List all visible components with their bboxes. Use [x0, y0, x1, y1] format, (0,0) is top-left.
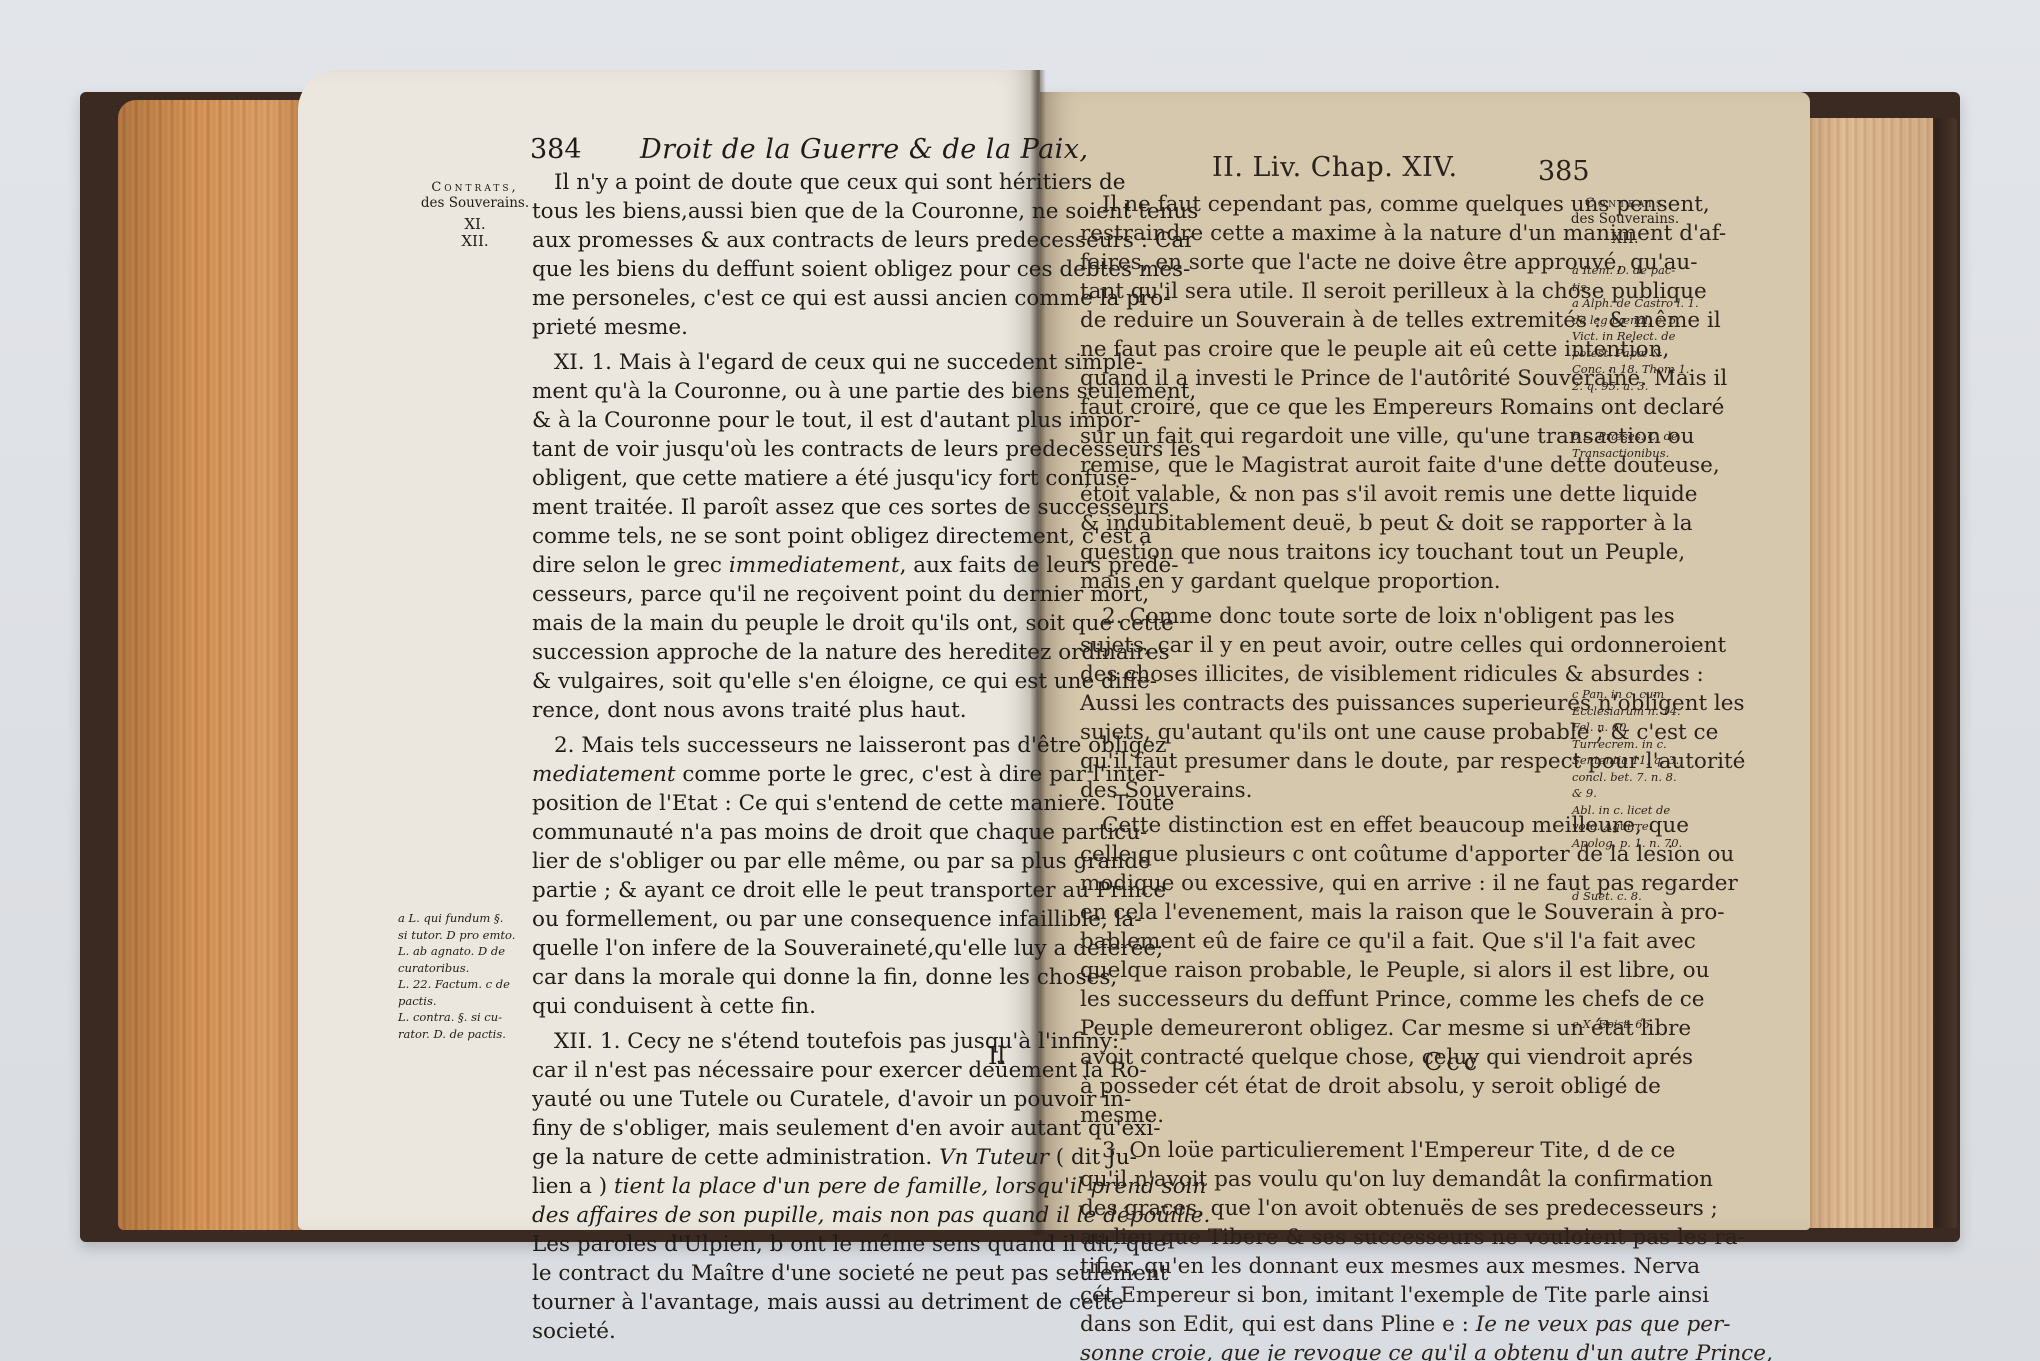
margin-note-line: rator. D. de pactis.	[398, 1026, 524, 1043]
text-line: au lieu que Tibere & ses successeurs ne …	[1080, 1223, 1568, 1252]
margin-note-line: & 9.	[1572, 785, 1712, 802]
margin-note-line: si tutor. D pro emto.	[398, 927, 524, 944]
right-margin-note-d: d Suet. c. 8.	[1572, 888, 1712, 905]
right-page-body: Il ne faut cependant pas, comme quelques…	[1080, 190, 1568, 1361]
text-line: yauté ou une Tutele ou Curatele, d'avoir…	[532, 1085, 1012, 1114]
text-line: communauté n'a pas moins de droit que ch…	[532, 818, 1012, 847]
text-line: obligent, que cette matiere a été jusqu'…	[532, 464, 1012, 493]
text-line: & vulgaires, soit qu'elle s'en éloigne, …	[532, 667, 1012, 696]
text-line: qui conduisent à cette fin.	[532, 992, 1012, 1021]
text-line: qu'il faut presumer dans le doute, par r…	[1080, 747, 1568, 776]
text-line: quand il a investi le Prince de l'autôri…	[1080, 364, 1568, 393]
text-line: comme tels, ne se sont point obligez dir…	[532, 522, 1012, 551]
text-line: lien a ) tient la place d'un pere de fam…	[532, 1172, 1012, 1201]
text-line: ment qu'à la Couronne, ou à une partie d…	[532, 377, 1012, 406]
margin-note-line: concl. bet. 7. n. 8.	[1572, 769, 1712, 786]
margin-note-line: Sententia 11, q. 3.	[1572, 752, 1712, 769]
text-line: me personeles, c'est ce qui est aussi an…	[532, 284, 1012, 313]
text-line: rence, dont nous avons traité plus haut.	[532, 696, 1012, 725]
text-line: Il n'y a point de doute que ceux qui son…	[532, 168, 1012, 197]
text-line: de reduire un Souverain à de telles extr…	[1080, 306, 1568, 335]
signature-mark: Ccc	[1424, 1048, 1481, 1076]
text-line: tant de voir jusqu'où les contracts de l…	[532, 435, 1012, 464]
margin-note-line: Transactionibus.	[1572, 445, 1712, 462]
margin-note-line: e X. Epist. 66.	[1572, 1016, 1712, 1033]
margin-note-line: potest. Papæ &	[1572, 345, 1712, 362]
margin-note-line: L. ab agnato. D de	[398, 943, 524, 960]
margin-note-line: voto. Aguirre.	[1572, 818, 1712, 835]
margin-note-line: Conc. n 18. Thom 1.	[1572, 361, 1712, 378]
text-line: tous les biens,aussi bien que de la Cour…	[532, 197, 1012, 226]
margin-note-line: L. 22. Factum. c de	[398, 976, 524, 993]
text-line: 2. Mais tels successeurs ne laisseront p…	[532, 731, 1012, 760]
text-line: étoit valable, & non pas s'il avoit remi…	[1080, 480, 1568, 509]
text-line: position de l'Etat : Ce qui s'entend de …	[532, 789, 1012, 818]
text-line: faut croire, que ce que les Empereurs Ro…	[1080, 393, 1568, 422]
text-line: tourner à l'avantage, mais aussi au detr…	[532, 1288, 1012, 1317]
text-line: mais de la main du peuple le droit qu'il…	[532, 609, 1012, 638]
text-line: sur un fait qui regardoit une ville, qu'…	[1080, 422, 1568, 451]
italic-emphasis: mediatement	[532, 762, 676, 787]
italic-emphasis: immediatement	[729, 553, 900, 578]
text-line: quelque raison probable, le Peuple, si a…	[1080, 956, 1568, 985]
text-line: sonne croie, que je revoque ce qu'il a o…	[1080, 1339, 1568, 1361]
text-line: modique ou excessive, qui en arrive : il…	[1080, 869, 1568, 898]
text-line: car dans la morale qui donne la fin, don…	[532, 963, 1012, 992]
text-line: mediatement comme porte le grec, c'est à…	[532, 760, 1012, 789]
right-margin-note-b: b L. Præses. C. deTransactionibus.	[1572, 428, 1712, 461]
text-line: aux promesses & aux contracts de leurs p…	[532, 226, 1012, 255]
text-line: XI. 1. Mais à l'egard de ceux qui ne suc…	[532, 348, 1012, 377]
margin-note-line: Ecclesiarum n. 14.	[1572, 703, 1712, 720]
text-line: faires, en sorte que l'acte ne doive êtr…	[1080, 248, 1568, 277]
text-line: ne faut pas croire que le peuple ait eû …	[1080, 335, 1568, 364]
left-running-head: Droit de la Guerre & de la Paix,	[640, 134, 1089, 165]
text-line: remise, que le Magistrat auroit faite d'…	[1080, 451, 1568, 480]
margin-note-line: Fel. n. 60.	[1572, 719, 1712, 736]
margin-note-line: a Item. D. de pac-	[1572, 262, 1712, 279]
margin-note-line: Abl. in c. licet de	[1572, 802, 1712, 819]
text-line: 3. On loüe particulierement l'Empereur T…	[1080, 1136, 1568, 1165]
text-line: qu'il n'avoit pas voulu qu'on luy demand…	[1080, 1165, 1568, 1194]
text-line: bablement eû de faire ce qu'il a fait. Q…	[1080, 927, 1568, 956]
text-line: des choses illicites, de visiblement rid…	[1080, 660, 1568, 689]
italic-emphasis: Ie ne veux pas que per-	[1476, 1312, 1731, 1337]
margin-note-line: tis.	[1572, 279, 1712, 296]
text-line: tant qu'il sera utile. Il seroit perille…	[1080, 277, 1568, 306]
text-line: dire selon le grec immediatement, aux fa…	[532, 551, 1012, 580]
text-line: car il n'est pas nécessaire pour exercer…	[532, 1056, 1012, 1085]
margin-note-line: curatoribus.	[398, 960, 524, 977]
left-side-heading: Contrats, des Souverains. XI. XII.	[420, 180, 530, 250]
text-line: ment traitée. Il paroît assez que ces so…	[532, 493, 1012, 522]
margin-note-line: pactis.	[398, 993, 524, 1010]
text-line: des Souverains.	[1080, 776, 1568, 805]
text-line: Cette distinction est en effet beaucoup …	[1080, 811, 1568, 840]
text-line: succession approche de la nature des her…	[532, 638, 1012, 667]
right-margin-note-e: e X. Epist. 66.	[1572, 1016, 1712, 1033]
margin-note-line: a Alph. de Castro l. 1.	[1572, 295, 1712, 312]
book-cover-right-board	[1935, 118, 1957, 1228]
text-line: en cela l'evenement, mais la raison que …	[1080, 898, 1568, 927]
text-line: finy de s'obliger, mais seulement d'en a…	[532, 1114, 1012, 1143]
text-line: le contract du Maître d'une societé ne p…	[532, 1259, 1012, 1288]
margin-note-line: Vict. in Relect. de	[1572, 328, 1712, 345]
margin-note-line: a L. qui fundum §.	[398, 910, 524, 927]
catchword: Il	[988, 1042, 1005, 1070]
left-page-number: 384	[530, 134, 582, 165]
text-line: que les biens du deffunt soient obligez …	[532, 255, 1012, 284]
text-line: sujets, car il y en peut avoir, outre ce…	[1080, 631, 1568, 660]
side-heading-contrats: Contrats,	[420, 180, 530, 195]
margin-note-line: d Suet. c. 8.	[1572, 888, 1712, 905]
text-line: restraindre cette a maxime à la nature d…	[1080, 219, 1568, 248]
left-page-body: Il n'y a point de doute que ceux qui son…	[532, 168, 1012, 1346]
text-line: ou formellement, ou par une consequence …	[532, 905, 1012, 934]
text-line: mais en y gardant quelque proportion.	[1080, 567, 1568, 596]
left-margin-notes: a L. qui fundum §.si tutor. D pro emto.L…	[398, 910, 524, 1042]
margin-note-line: Turrecrem. in c.	[1572, 736, 1712, 753]
right-running-head: II. Liv. Chap. XIV.	[1212, 152, 1458, 183]
text-line: avoit contracté quelque chose, celuy qui…	[1080, 1043, 1568, 1072]
italic-emphasis: sonne croie, que je revoque ce qu'il a o…	[1080, 1341, 1773, 1361]
side-heading-section: XI.	[420, 216, 530, 233]
text-line: 2. Comme donc toute sorte de loix n'obli…	[1080, 602, 1568, 631]
margin-note-line: Apolog. p. 1. n. 70.	[1572, 835, 1712, 852]
text-line: des graces, que l'on avoit obtenuës de s…	[1080, 1194, 1568, 1223]
text-line: ge la nature de cette administration. Vn…	[532, 1143, 1012, 1172]
margin-note-line: c Pan. in c. cum	[1572, 686, 1712, 703]
text-line: sujets, qu'autant qu'ils ont une cause p…	[1080, 718, 1568, 747]
text-line: & à la Couronne pour le tout, il est d'a…	[532, 406, 1012, 435]
text-line: tifier, qu'en les donnant eux mesmes aux…	[1080, 1252, 1568, 1281]
text-line: XII. 1. Cecy ne s'étend toutefois pas ju…	[532, 1027, 1012, 1056]
right-margin-note-a: a Item. D. de pac-tis.a Alph. de Castro …	[1572, 262, 1712, 394]
italic-emphasis: Vn Tuteur	[939, 1145, 1049, 1170]
margin-note-line: b L. Præses. C. de	[1572, 428, 1712, 445]
text-line: cesseurs, parce qu'il ne reçoivent point…	[532, 580, 1012, 609]
side-heading-section: XII.	[420, 233, 530, 250]
left-fore-edge-shading	[118, 100, 308, 1230]
text-line: quelle l'on infere de la Souveraineté,qu…	[532, 934, 1012, 963]
text-line: Il ne faut cependant pas, comme quelques…	[1080, 190, 1568, 219]
margin-note-line: de leg pœnal, c. 5.	[1572, 312, 1712, 329]
text-line: prieté mesme.	[532, 313, 1012, 342]
text-line: à posseder cét état de droit absolu, y s…	[1080, 1072, 1568, 1101]
text-line: les successeurs du deffunt Prince, comme…	[1080, 985, 1568, 1014]
right-margin-note-c: c Pan. in c. cumEcclesiarum n. 14.Fel. n…	[1572, 686, 1712, 851]
text-line: partie ; & ayant ce droit elle le peut t…	[532, 876, 1012, 905]
text-line: des affaires de son pupille, mais non pa…	[532, 1201, 1012, 1230]
side-heading-souverains: des Souverains.	[420, 195, 530, 212]
right-fore-edge-shading	[1805, 118, 1933, 1228]
text-line: cét Empereur si bon, imitant l'exemple d…	[1080, 1281, 1568, 1310]
text-line: Les paroles d'Ulpien, b ont le même sens…	[532, 1230, 1012, 1259]
text-line: Peuple demeureront obligez. Car mesme si…	[1080, 1014, 1568, 1043]
text-line: mesme.	[1080, 1101, 1568, 1130]
text-line: dans son Edit, qui est dans Pline e : Ie…	[1080, 1310, 1568, 1339]
text-line: societé.	[532, 1317, 1012, 1346]
text-line: question que nous traitons icy touchant …	[1080, 538, 1568, 567]
right-page-number: 385	[1538, 156, 1590, 187]
margin-note-line: L. contra. §. si cu-	[398, 1009, 524, 1026]
text-line: Aussi les contracts des puissances super…	[1080, 689, 1568, 718]
margin-note-line: 2. q. 95. a. 3.	[1572, 378, 1712, 395]
text-line: celle que plusieurs c ont coûtume d'appo…	[1080, 840, 1568, 869]
text-line: & indubitablement deuë, b peut & doit se…	[1080, 509, 1568, 538]
text-line: lier de s'obliger ou par elle même, ou p…	[532, 847, 1012, 876]
